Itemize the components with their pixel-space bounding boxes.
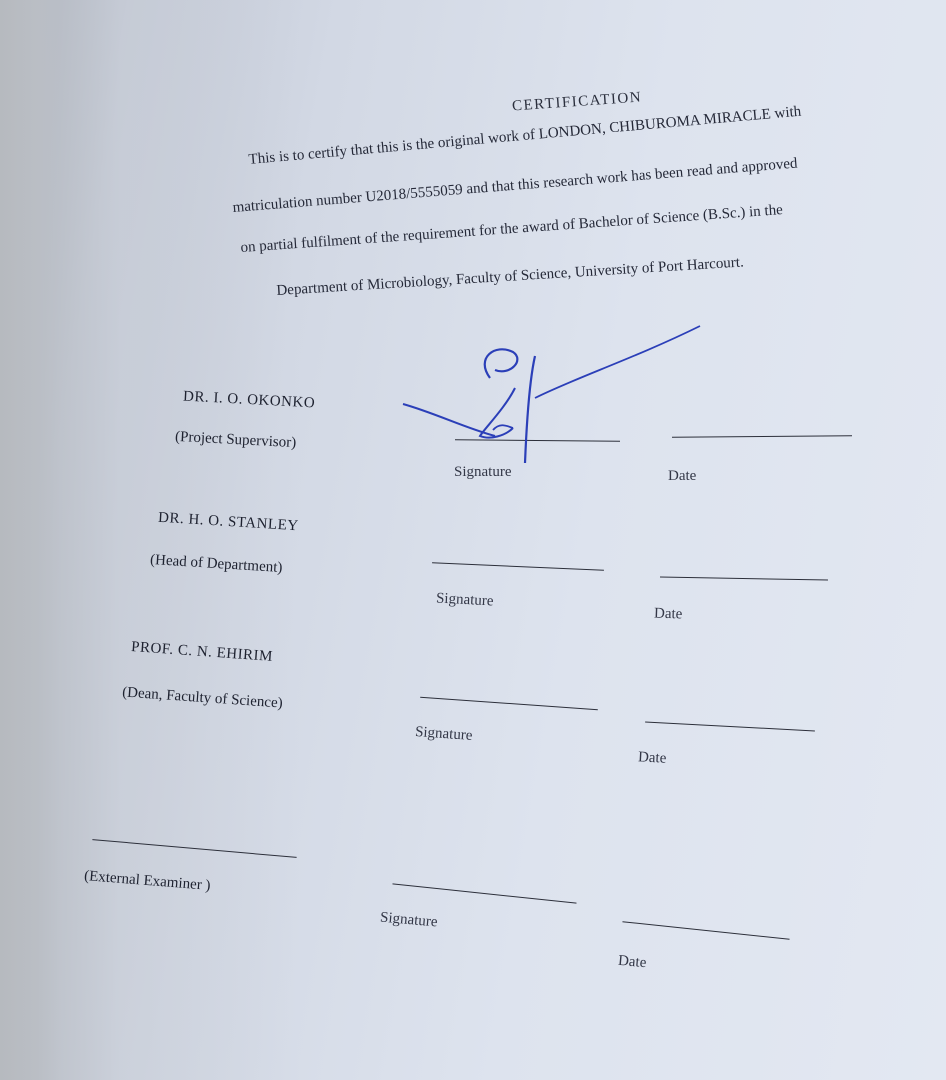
signature-line [420,697,598,710]
date-label: Date [617,953,647,972]
signatory-name: DR. H. O. STANLEY [158,510,299,536]
signature-line [392,883,576,903]
signature-label: Signature [379,910,438,932]
signatory-name: DR. I. O. OKONKO [183,389,316,413]
date-line [645,722,815,732]
signatory-role: (Project Supervisor) [175,429,297,452]
page-title: CERTIFICATION [512,89,643,115]
examiner-name-line [92,839,296,858]
handwritten-signature-icon [395,318,715,478]
signature-label: Signature [414,724,473,745]
signature-label: Signature [436,591,494,611]
certification-text-line-4: Department of Microbiology, Faculty of S… [276,254,744,300]
date-line [622,921,789,940]
signature-line [432,562,604,571]
signatory-name: PROF. C. N. EHIRIM [131,639,274,666]
signatory-role: (Head of Department) [150,552,283,577]
date-line [660,577,828,581]
date-label: Date [654,606,683,624]
certification-page: CERTIFICATION This is to certify that th… [0,0,946,1080]
signatory-role: (Dean, Faculty of Science) [122,684,284,712]
date-label: Date [638,749,667,767]
signatory-role: (External Examiner ) [84,868,212,895]
certification-text-line-3: on partial fulfilment of the requirement… [240,202,783,257]
